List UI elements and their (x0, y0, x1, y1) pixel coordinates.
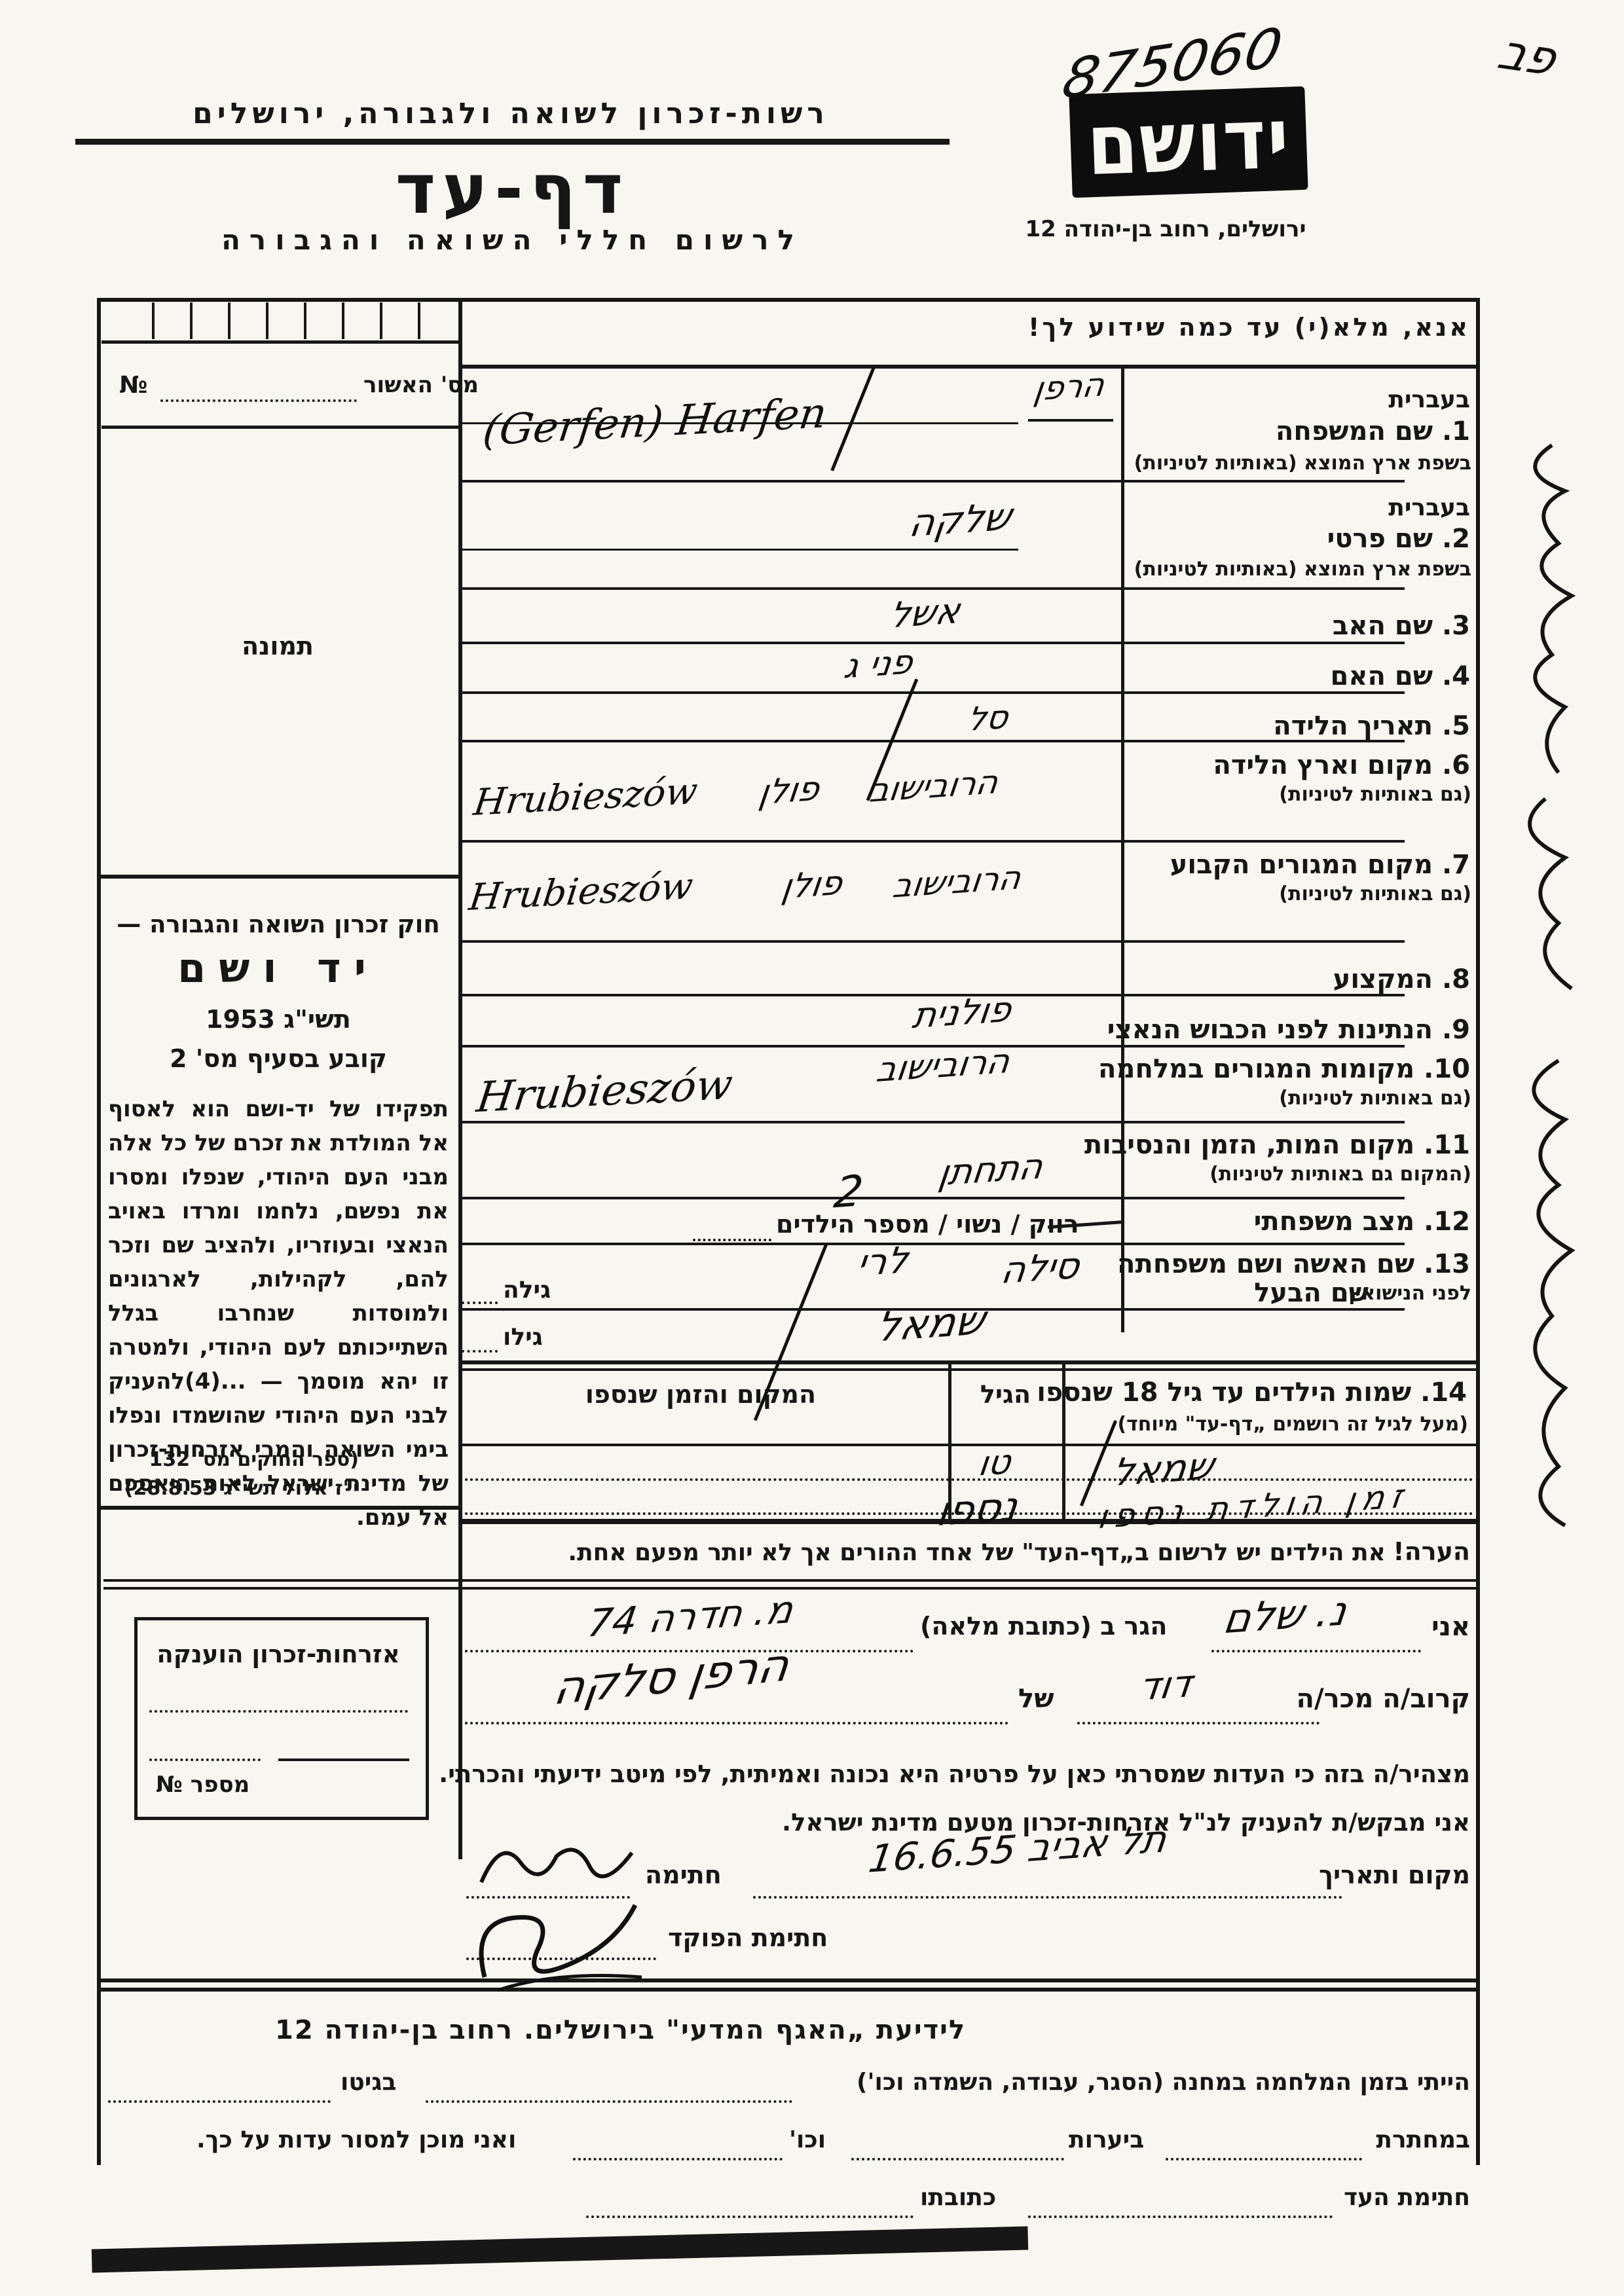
citizenship-dotted-1 (149, 1710, 408, 1713)
relation-label: קרוב/ה מכר/ה (1297, 1684, 1470, 1714)
hw-surname-latin: (Gerfen) Harfen (480, 389, 829, 455)
hw-first-name: שלקה (906, 494, 1014, 546)
witness-address-dotted (586, 2215, 913, 2218)
ghetto-dotted (108, 2100, 331, 2103)
children-note-title: הערה! (1393, 1537, 1470, 1566)
field2-lang: בעברית (1388, 494, 1470, 521)
place-date-dotted (753, 1896, 1342, 1899)
husband-age-label: גילו (503, 1324, 543, 1351)
photo-box-bottom (97, 875, 462, 879)
hw-slash-1 (830, 367, 875, 471)
citizenship-dotted-2 (149, 1758, 261, 1761)
label-column-divider (1121, 367, 1124, 1332)
photo-placeholder-label: תמונה (97, 632, 458, 661)
table-col-place: המקום והזמן שנספו (498, 1380, 904, 1409)
scan-artifact-bar (92, 2227, 1028, 2273)
field12-label: 12. מצב משפחתי (1254, 1207, 1470, 1237)
approval-no-line (160, 399, 357, 402)
of-label: של (1018, 1684, 1054, 1714)
field11-note: (המקום גם באותיות לטיניות) (1209, 1163, 1471, 1186)
hw-war-residence: Hrubieszów (474, 1061, 735, 1122)
field10-line (462, 1121, 1405, 1123)
hw-child-fate: נספו (934, 1482, 1021, 1535)
column-divider (458, 298, 462, 1859)
forests-label: ביערות (1069, 2126, 1144, 2153)
law-citation-1: (ספר החוקים מס' 132 (110, 1448, 359, 1471)
hw-residence-hebrew: הרובישוב (891, 858, 1024, 905)
testimony-page-scan: רשות-זכרון לשואה ולגבורה, ירושלים דף-עד … (0, 0, 1624, 2296)
hw-declarant-address: מ. חדרה 74 (585, 1587, 796, 1645)
declarant-name-dotted (1211, 1650, 1421, 1652)
form-border-top (97, 298, 1480, 302)
logo-text: ידושם (1085, 90, 1291, 194)
field2-note: בשפת ארץ המוצא (באותיות לטיניות) (1134, 558, 1471, 581)
hw-mother-name: פני ג (841, 642, 915, 686)
form-border-left (97, 298, 101, 2165)
wife-age-dotted (462, 1302, 498, 1304)
form-intro: אנא, מלא(י) עד כמה שידוע לך! (1028, 313, 1470, 342)
scientific-branch-line: לידיעת „האגף המדעי" בירושלים. רחוב בן-יה… (275, 2015, 966, 2045)
field8-label: 8. המקצוע (1333, 964, 1470, 994)
hw-citizenship: פולנית (910, 989, 1014, 1036)
field7-note: (גם באותיות לטיניות) (1279, 883, 1471, 905)
field11-line (462, 1197, 1405, 1199)
marital-options: רווק / נשוי / מספר הילדים (776, 1210, 1079, 1239)
logo-address: ירושלים, רחוב בן-יהודה 12 (1008, 216, 1323, 242)
approval-no-label: מס' האשור (363, 372, 479, 398)
field1-note: בשפת ארץ המוצא (באותיות לטיניות) (1134, 452, 1471, 475)
hw-residence: Hrubieszów (467, 865, 695, 919)
hw-declarant-name: נ. שלם (1221, 1587, 1350, 1643)
law-citation-2: י"ז אלול תשי"ג 28.8.53) (110, 1477, 359, 1500)
hw-corner-mark: פב (1492, 24, 1564, 86)
ticks-underline (101, 340, 458, 344)
hw-surname-underline (1028, 419, 1113, 422)
law-name: יד ושם (101, 944, 455, 992)
field2-label: 2. שם פרטי (1327, 524, 1470, 554)
husband-age-dotted (462, 1350, 498, 1353)
underground-label: במחתרת (1376, 2126, 1470, 2153)
field1-label: 1. שם המשפחה (1276, 416, 1470, 446)
hw-war-residence-hebrew: הרובישוב (874, 1042, 1012, 1090)
declarant-address-label: הגר ב (כתובת מלאה) (920, 1612, 1167, 1641)
field13-label: 13. שם האשה ושם משפחתה (1117, 1249, 1470, 1279)
hw-residence-country: פולן (779, 864, 845, 907)
clerk-signature-icon (458, 1886, 655, 1997)
hw-father-name: אשל (887, 590, 963, 636)
testify-label: ואני מוכן למסור עדות על כך. (196, 2126, 516, 2153)
camp-dotted (426, 2100, 792, 2103)
field14-label: 14. שמות הילדים עד גיל 18 שנספו (1037, 1377, 1467, 1408)
hw-child-name: שמאל (1109, 1444, 1217, 1495)
hw-wife-name: סילה (999, 1245, 1082, 1292)
field9-label: 9. הנתינות לפני הכבוש הנאצי (1107, 1015, 1470, 1045)
children-note: הערה! את הילדים יש לרשום ב„דף-העד" של אח… (568, 1537, 1470, 1566)
field7-label: 7. מקום המגורים הקבוע (1170, 850, 1470, 880)
law-box-bottom (97, 1506, 462, 1510)
etc-label: וכו' (789, 2126, 826, 2153)
field10-note: (גם באותיות לטיניות) (1279, 1087, 1471, 1110)
relation-dotted (1077, 1722, 1319, 1724)
citizenship-solid-line (278, 1758, 409, 1761)
table-names-top-line (462, 1444, 1477, 1446)
page-title: דף-עד (75, 149, 950, 229)
field2-line (462, 587, 1405, 590)
section-sep-1 (103, 1579, 1477, 1582)
hw-wife-name-2: לרי (855, 1239, 911, 1285)
intro-underline (462, 365, 1477, 369)
law-heading: חוק זכרון השואה והגבורה — (101, 910, 455, 938)
table-top-line-2 (462, 1368, 1477, 1371)
law-year: תשי"ג 1953 (101, 1005, 455, 1034)
field2-midline (462, 549, 1018, 551)
hw-husband-name: שמאל (874, 1296, 988, 1351)
field7-line (462, 940, 1405, 943)
marital-dotted (693, 1239, 771, 1241)
form-border-right (1476, 298, 1480, 2165)
place-date-label: מקום ותאריך (1319, 1861, 1470, 1889)
relative-name-dotted (465, 1722, 1008, 1724)
field14-note: (מעל לגיל זה רושמים „דף-עד" מיוחד) (1117, 1413, 1468, 1436)
table-top-line-1 (462, 1360, 1477, 1364)
hw-marital-note: התחתן (936, 1146, 1046, 1194)
citizenship-box-title: אזרחות-זכרון הוענקה (138, 1640, 419, 1668)
authority-underline (75, 139, 950, 145)
field5-label: 5. תאריך הלידה (1273, 711, 1470, 741)
field11-label: 11. מקום המות, הזמן והנסיבות (1084, 1130, 1470, 1160)
etc-dotted (573, 2158, 783, 2160)
field10-label: 10. מקומות המגורים במלחמה (1098, 1054, 1470, 1084)
bottom-sep-1 (97, 1978, 1479, 1982)
perforation-ticks (117, 302, 447, 339)
declarant-i-label: אני (1431, 1612, 1470, 1642)
declaration-statement: מצהיר/ה בזה כי העדות שמסרתי כאן על פרטיה… (439, 1760, 1470, 1788)
page-subtitle: לרשום חללי השואה והגבורה (75, 224, 950, 256)
witness-signature-dotted (1028, 2215, 1333, 2218)
field6-line (462, 840, 1405, 843)
clerk-signature-label: חתימת הפוקד (668, 1923, 828, 1952)
field5-line (462, 740, 1405, 742)
signature-label: חתימה (645, 1861, 722, 1889)
hw-birth-place: Hrubieszów (471, 770, 700, 824)
wife-age-label: גילה (503, 1277, 551, 1303)
margin-handwriting-icon-2 (1486, 1048, 1617, 1539)
underground-dotted (1166, 2158, 1362, 2160)
field12-line (462, 1243, 1405, 1245)
citizenship-box-number: מספר № (156, 1772, 249, 1798)
hw-birth-place-hebrew: הרובישוב (868, 763, 1001, 809)
hw-child-age: טו (976, 1442, 1013, 1484)
hw-birth-date: סל (965, 698, 1010, 738)
hw-surname-hebrew: הרפן (1031, 365, 1107, 408)
hw-relation: דוד (1136, 1661, 1195, 1709)
margin-handwriting-icon (1486, 432, 1617, 1021)
field3-line (462, 642, 1405, 644)
field6-label: 6. מקום וארץ הלידה (1213, 750, 1470, 780)
field6-note: (גם באותיות לטיניות) (1279, 783, 1471, 806)
camp-label: הייתי בזמן המלחמה במחנה (הסגר, עבודה, הש… (857, 2069, 1470, 2096)
ghetto-label: בגיטו (341, 2069, 396, 2096)
law-clause: קובע בסעיף מס' 2 (101, 1044, 455, 1073)
field4-label: 4. שם האם (1330, 661, 1470, 691)
hw-birth-country: פולן (756, 769, 822, 812)
authority-line: רשות-זכרון לשואה ולגבורה, ירושלים (75, 97, 946, 130)
field1-lang: בעברית (1388, 386, 1470, 413)
field3-label: 3. שם האב (1333, 611, 1470, 641)
table-dotted-row-1 (465, 1478, 1473, 1481)
children-note-body: את הילדים יש לרשום ב„דף-העד" של אחד ההור… (568, 1539, 1385, 1566)
field4-line (462, 691, 1405, 694)
approval-no-sign: № (119, 372, 147, 399)
approval-row-underline (101, 426, 458, 429)
forests-dotted (851, 2158, 1064, 2160)
husband-label: שם הבעל (1254, 1278, 1369, 1308)
witness-signature-label: חתימת העד (1344, 2184, 1470, 2211)
witness-address-label: כתובתו (920, 2184, 996, 2211)
field1-line (462, 480, 1405, 483)
bottom-sep-2 (97, 1988, 1479, 1992)
